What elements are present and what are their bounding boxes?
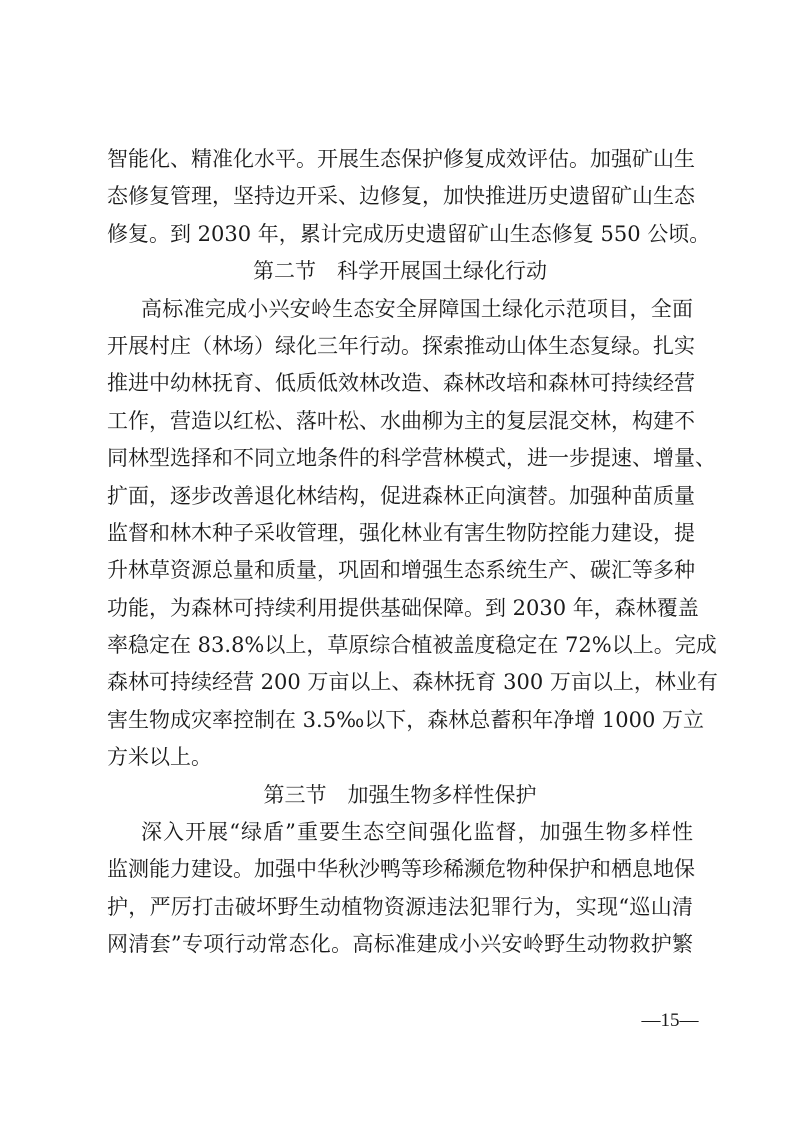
- text-line: 扩面，逐步改善退化林结构，促进森林正向演替。加强种苗质量: [107, 478, 693, 515]
- paragraph-mine-restoration: 智能化、精准化水平。开展生态保护修复成效评估。加强矿山生 态修复管理，坚持边开采…: [107, 141, 693, 253]
- text-line: 开展村庄（林场）绿化三年行动。探索推动山体生态复绿。扎实: [107, 328, 693, 365]
- text-line: 方米以上。: [107, 739, 693, 776]
- text-line: 修复。到 2030 年，累计完成历史遗留矿山生态修复 550 公顷。: [107, 216, 693, 253]
- text-line: 护，严厉打击破坏野生动植物资源违法犯罪行为，实现“巡山清: [107, 889, 693, 926]
- page-number: —15—: [630, 1010, 710, 1032]
- text-line: 森林可持续经营 200 万亩以上、森林抚育 300 万亩以上，林业有: [107, 664, 693, 701]
- section-heading-2: 第二节 科学开展国土绿化行动: [107, 253, 693, 290]
- text-line: 升林草资源总量和质量，巩固和增强生态系统生产、碳汇等多种: [107, 552, 693, 589]
- paragraph-biodiversity: 深入开展“绿盾”重要生态空间强化监督，加强生物多样性 监测能力建设。加强中华秋沙…: [107, 814, 693, 964]
- text-line: 同林型选择和不同立地条件的科学营林模式，进一步提速、增量、: [107, 440, 693, 477]
- paragraph-land-greening: 高标准完成小兴安岭生态安全屏障国土绿化示范项目，全面 开展村庄（林场）绿化三年行…: [107, 291, 693, 777]
- document-body: 智能化、精准化水平。开展生态保护修复成效评估。加强矿山生 态修复管理，坚持边开采…: [107, 141, 693, 964]
- text-line: 智能化、精准化水平。开展生态保护修复成效评估。加强矿山生: [107, 141, 693, 178]
- text-line: 监督和林木种子采收管理，强化林业有害生物防控能力建设，提: [107, 515, 693, 552]
- text-line: 率稳定在 83.8%以上，草原综合植被盖度稳定在 72%以上。完成: [107, 627, 693, 664]
- text-line: 推进中幼林抚育、低质低效林改造、森林改培和森林可持续经营: [107, 365, 693, 402]
- section-heading-3: 第三节 加强生物多样性保护: [107, 777, 693, 814]
- text-line: 深入开展“绿盾”重要生态空间强化监督，加强生物多样性: [107, 814, 693, 851]
- text-line: 网清套”专项行动常态化。高标准建成小兴安岭野生动物救护繁: [107, 926, 693, 963]
- text-line: 功能，为森林可持续利用提供基础保障。到 2030 年，森林覆盖: [107, 590, 693, 627]
- text-line: 监测能力建设。加强中华秋沙鸭等珍稀濒危物种保护和栖息地保: [107, 851, 693, 888]
- text-line: 害生物成灾率控制在 3.5‰以下，森林总蓄积年净增 1000 万立: [107, 702, 693, 739]
- text-line: 态修复管理，坚持边开采、边修复，加快推进历史遗留矿山生态: [107, 178, 693, 215]
- text-line: 工作，营造以红松、落叶松、水曲柳为主的复层混交林，构建不: [107, 403, 693, 440]
- text-line: 高标准完成小兴安岭生态安全屏障国土绿化示范项目，全面: [107, 291, 693, 328]
